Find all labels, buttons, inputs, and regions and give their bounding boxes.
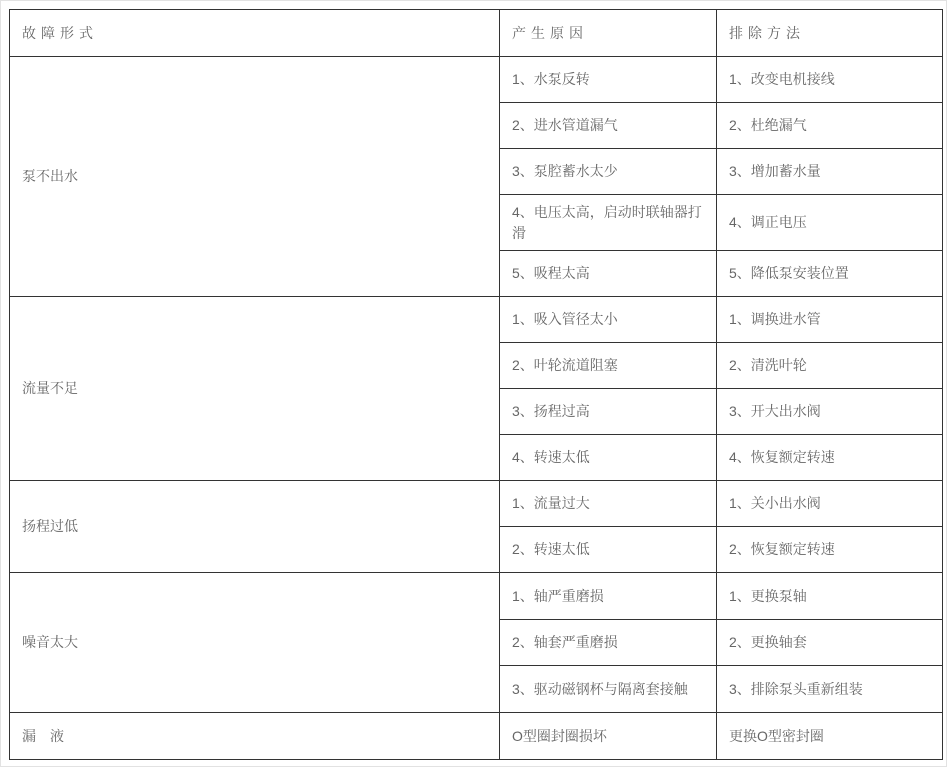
header-remedy: 排除方法 (717, 10, 943, 57)
remedy-cell: 2、恢复额定转速 (717, 527, 943, 573)
fault-cell-no-water: 泵不出水 (10, 57, 500, 297)
remedy-cell: 1、调换进水管 (717, 297, 943, 343)
cause-cell: 5、吸程太高 (500, 251, 717, 297)
remedy-cell: 更换O型密封圈 (717, 713, 943, 760)
remedy-cell: 1、关小出水阀 (717, 481, 943, 527)
remedy-cell: 1、改变电机接线 (717, 57, 943, 103)
table-row: 流量不足 1、吸入管径太小 1、调换进水管 (10, 297, 943, 343)
cause-cell: 3、泵腔蓄水太少 (500, 149, 717, 195)
table-row: 扬程过低 1、流量过大 1、关小出水阀 (10, 481, 943, 527)
table-row: 漏 液 O型圈封圈损坏 更换O型密封圈 (10, 713, 943, 760)
remedy-cell: 3、开大出水阀 (717, 389, 943, 435)
remedy-cell: 4、恢复额定转速 (717, 435, 943, 481)
cause-cell: 1、水泵反转 (500, 57, 717, 103)
cause-cell: 1、轴严重磨损 (500, 573, 717, 620)
remedy-cell: 2、更换轴套 (717, 620, 943, 666)
fault-cell-low-head: 扬程过低 (10, 481, 500, 573)
remedy-cell: 1、更换泵轴 (717, 573, 943, 620)
cause-cell: O型圈封圈损坏 (500, 713, 717, 760)
remedy-cell: 3、排除泵头重新组装 (717, 666, 943, 713)
table-row: 噪音太大 1、轴严重磨损 1、更换泵轴 (10, 573, 943, 620)
cause-cell: 2、轴套严重磨损 (500, 620, 717, 666)
cause-cell: 4、转速太低 (500, 435, 717, 481)
cause-cell: 3、驱动磁钢杯与隔离套接触 (500, 666, 717, 713)
cause-cell: 2、叶轮流道阻塞 (500, 343, 717, 389)
remedy-cell: 4、调正电压 (717, 195, 943, 251)
table-row: 泵不出水 1、水泵反转 1、改变电机接线 (10, 57, 943, 103)
cause-cell: 4、电压太高，启动时联轴器打滑 (500, 195, 717, 251)
cause-cell: 2、进水管道漏气 (500, 103, 717, 149)
cause-cell: 1、吸入管径太小 (500, 297, 717, 343)
remedy-cell: 3、增加蓄水量 (717, 149, 943, 195)
remedy-cell: 2、清洗叶轮 (717, 343, 943, 389)
cause-cell: 1、流量过大 (500, 481, 717, 527)
cause-cell: 3、扬程过高 (500, 389, 717, 435)
fault-cell-low-flow: 流量不足 (10, 297, 500, 481)
table-header-row: 故障形式 产生原因 排除方法 (10, 10, 943, 57)
cause-cell: 2、转速太低 (500, 527, 717, 573)
fault-cell-noise: 噪音太大 (10, 573, 500, 713)
remedy-cell: 5、降低泵安装位置 (717, 251, 943, 297)
remedy-cell: 2、杜绝漏气 (717, 103, 943, 149)
page: 故障形式 产生原因 排除方法 泵不出水 1、水泵反转 1、改变电机接线 2、进水… (0, 0, 947, 767)
fault-cell-leakage: 漏 液 (10, 713, 500, 760)
header-fault-type: 故障形式 (10, 10, 500, 57)
pump-fault-table: 故障形式 产生原因 排除方法 泵不出水 1、水泵反转 1、改变电机接线 2、进水… (9, 9, 943, 760)
header-cause: 产生原因 (500, 10, 717, 57)
